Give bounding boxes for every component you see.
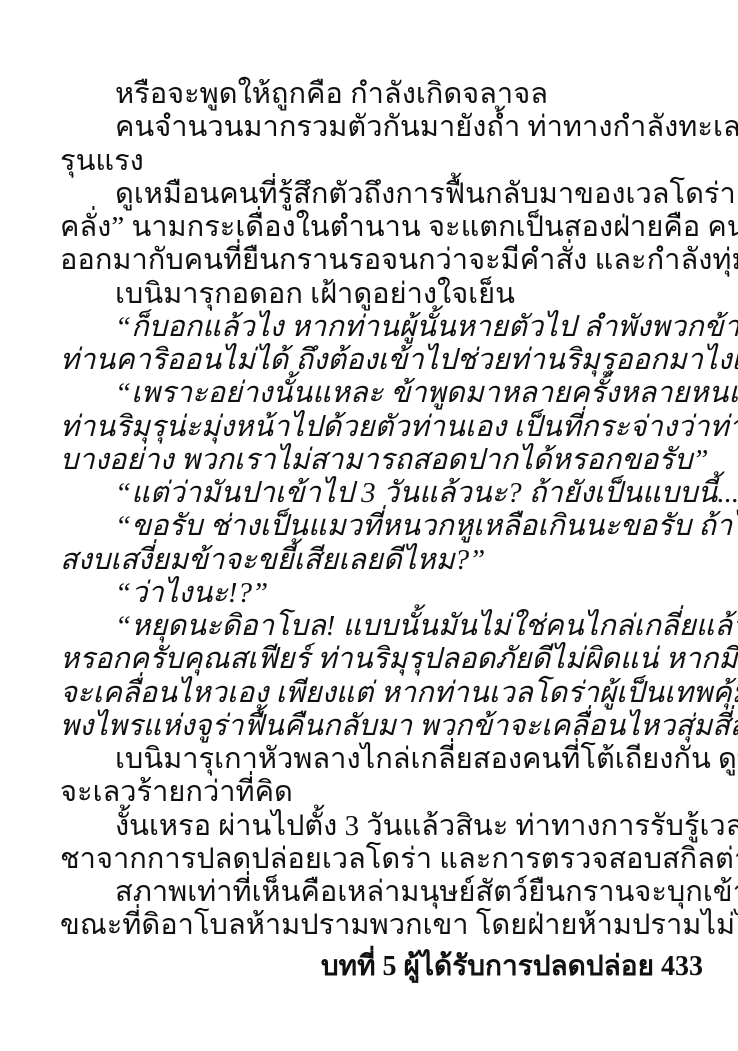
text-line: จะเคลื่อนไหวเอง เพียงแต่ หากท่านเวลโดร่า… <box>60 677 697 710</box>
page-text: หรือจะพูดให้ถูกคือ กำลังเกิดจลาจลคนจำนวน… <box>60 78 697 943</box>
text-line: สงบเสงี่ยมข้าจะขยี้เสียเลยดีไหม?” <box>60 544 697 577</box>
page-footer: บทที่ 5 ผู้ได้รับการปลดปล่อย 433 <box>60 949 703 985</box>
text-line: สภาพเท่าที่เห็นคือเหล่ามนุษย์สัตว์ยืนกรา… <box>60 876 697 909</box>
text-line: เบนิมารุเกาหัวพลางไกล่เกลี่ยสองคนที่โต้เ… <box>60 743 697 776</box>
text-line: ขณะที่ดิอาโบลห้ามปรามพวกเขา โดยฝ่ายห้ามป… <box>60 909 697 942</box>
text-line: “ขอรับ ช่างเป็นแมวที่หนวกหูเหลือเกินนะขอ… <box>60 510 697 543</box>
text-line: ท่านริมุรุน่ะมุ่งหน้าไปด้วยตัวท่านเอง เป… <box>60 411 697 444</box>
text-line: “แต่ว่ามันปาเข้าไป 3 วันแล้วนะ? ถ้ายังเป… <box>60 477 697 510</box>
text-line: คลั่ง” นามกระเดื่องในตำนาน จะแตกเป็นสองฝ… <box>60 211 697 244</box>
text-line: ออกมากับคนที่ยืนกรานรอจนกว่าจะมีคำสั่ง แ… <box>60 244 697 277</box>
text-line: บางอย่าง พวกเราไม่สามารถสอดปากได้หรอกขอร… <box>60 444 697 477</box>
text-line: ท่านคาริออนไม่ได้ ถึงต้องเข้าไปช่วยท่านร… <box>60 344 697 377</box>
text-line: รุนแรง <box>60 145 697 178</box>
text-line: “ก็บอกแล้วไง หากท่านผู้นั้นหายตัวไป ลำพั… <box>60 311 697 344</box>
text-line: ชาจากการปลดปล่อยเวลโดร่า และการตรวจสอบสก… <box>60 843 697 876</box>
text-line: จะเลวร้ายกว่าที่คิด <box>60 776 697 809</box>
book-page: หรือจะพูดให้ถูกคือ กำลังเกิดจลาจลคนจำนวน… <box>0 0 738 1051</box>
text-line: “ว่าไงนะ!?” <box>60 577 697 610</box>
text-line: พงไพรแห่งจูร่าฟื้นคืนกลับมา พวกข้าจะเคลื… <box>60 710 697 743</box>
text-line: งั้นเหรอ ผ่านไปตั้ง 3 วันแล้วสินะ ท่าทาง… <box>60 810 697 843</box>
text-line: เบนิมารุกอดอก เฝ้าดูอย่างใจเย็น <box>60 278 697 311</box>
text-line: “หยุดนะดิอาโบล! แบบนั้นมันไม่ใช่คนไกล่เก… <box>60 610 697 643</box>
text-line: “เพราะอย่างนั้นแหละ ข้าพูดมาหลายครั้งหลา… <box>60 377 697 410</box>
text-line: หรอกครับคุณสเฟียร์ ท่านริมุรุปลอดภัยดีไม… <box>60 643 697 676</box>
text-line: ดูเหมือนคนที่รู้สึกตัวถึงการฟื้นกลับมาขอ… <box>60 178 697 211</box>
text-line: หรือจะพูดให้ถูกคือ กำลังเกิดจลาจล <box>60 78 697 111</box>
text-line: คนจำนวนมากรวมตัวกันมายังถ้ำ ท่าทางกำลังท… <box>60 111 697 144</box>
